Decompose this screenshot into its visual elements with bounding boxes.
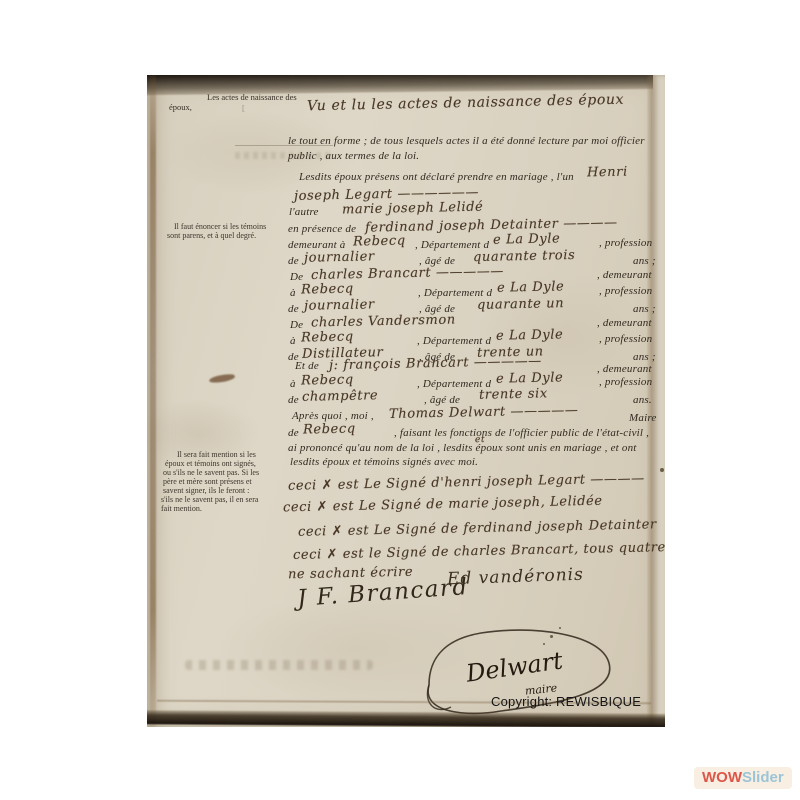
margin-note2-line: père et mère sont présens et: [163, 477, 252, 486]
hw-profession: journalier: [304, 249, 375, 265]
print-line: public , aux termes de la loi.: [288, 150, 419, 162]
print-line: De: [290, 319, 303, 331]
hw-mark-witness1: ceci ✗ est Le Signé de ferdinand joseph …: [298, 517, 657, 540]
watermark-wow: WOW: [702, 769, 742, 786]
hw-mark-groom: ceci ✗ est Le Signé d'henri joseph Legar…: [288, 471, 645, 493]
print-line: ans ;: [633, 303, 656, 315]
hw-departement: e La Dyle: [496, 370, 564, 386]
print-line: De: [290, 271, 303, 283]
print-line: Après quoi , moi ,: [292, 410, 374, 422]
print-line: à: [290, 335, 296, 347]
hw-groom-first: Henri: [587, 165, 628, 181]
print-line: à: [290, 378, 296, 390]
print-line: de: [288, 427, 299, 439]
print-line: , profession: [599, 237, 652, 249]
hw-place: Rebecq: [353, 233, 406, 249]
print-line: ai prononcé qu'au nom de la loi , lesdit…: [288, 442, 637, 454]
margin-note2-line: Il sera fait mention si les: [177, 450, 256, 459]
print-line: , profession: [599, 285, 652, 297]
print-line: de: [288, 394, 299, 406]
margin-note2-line: s'ils ne le savent pas, il en sera: [161, 495, 258, 504]
hw-profession: champêtre: [302, 388, 379, 405]
margin-note1-line: sont parens, et à quel degré.: [167, 231, 256, 240]
hw-mayor-name: Thomas Delwart —————: [389, 403, 579, 422]
print-line: ans ;: [633, 351, 656, 363]
print-line: , profession: [599, 376, 652, 388]
hw-witness2-name: charles Brancart —————: [311, 264, 504, 283]
hw-place: Rebecq: [301, 372, 354, 388]
print-line: en présence de: [288, 223, 356, 235]
hw-departement: e La Dyle: [496, 327, 564, 343]
hw-departement: e La Dyle: [497, 279, 565, 295]
hw-place: Rebecq: [303, 421, 356, 437]
wowslider-watermark[interactable]: WOWSlider: [694, 767, 792, 789]
hw-mark-witness2: ceci ✗ est le Signé de charles Brancart,…: [293, 540, 665, 563]
print-line: Maire: [629, 412, 656, 424]
hw-witness3-name: charles Vandersmon: [311, 312, 456, 330]
hw-age: quarante trois: [473, 248, 576, 265]
hw-age: quarante un: [477, 296, 564, 313]
margin-label-line1: Les actes de naissance des: [207, 92, 297, 102]
print-line: Lesdits époux présens ont déclaré prendr…: [299, 171, 574, 183]
margin-note2-line: ou s'ils ne le savent pas. Si les: [163, 468, 259, 477]
print-line: , demeurant: [597, 269, 652, 281]
print-line: à: [290, 287, 296, 299]
hw-place: Rebecq: [301, 281, 354, 297]
slider-stage: Les actes de naissance desépoux,[Vu et l…: [0, 0, 800, 800]
hw-age: trente six: [479, 386, 548, 402]
print-line: , âgé de: [424, 394, 460, 406]
seal-flourish-tail: [427, 685, 451, 710]
print-line: ans ;: [633, 255, 656, 267]
signature-vanderonis: Ed vandéronis: [447, 565, 584, 590]
hw-mark-bride: ceci ✗ est Le Signé de marie joseph, Lel…: [283, 494, 603, 516]
print-line: l'autre: [289, 206, 319, 218]
scan-dark-edge-bottom: [147, 710, 665, 727]
margin-note2-line: fait mention.: [161, 504, 202, 513]
hw-insert-et: et: [475, 435, 485, 445]
watermark-slider: Slider: [742, 769, 784, 786]
hw-departement: e La Dyle: [493, 231, 561, 247]
hw-vu-les-actes: Vu et lu les actes de naissance des épou…: [307, 92, 624, 115]
print-line: , profession: [599, 333, 652, 345]
copyright-text: Copyright: REWISBIQUE: [491, 694, 641, 709]
print-line: , demeurant: [597, 363, 652, 375]
print-line: lesdits époux et témoins signés avec moi…: [290, 456, 478, 468]
print-line: de: [288, 255, 299, 267]
print-line: de: [288, 303, 299, 315]
margin-label-line2: époux,: [169, 102, 192, 112]
margin-note2-line: époux et témoins ont signés,: [165, 459, 256, 468]
print-line: le tout en forme ; de tous lesquels acte…: [288, 135, 645, 147]
hw-profession: journalier: [304, 297, 375, 313]
margin-note2-line: savent signer, ils le feront :: [163, 486, 249, 495]
print-line: ans.: [633, 394, 652, 406]
margin-note1-line: Il faut énoncer si les témoins: [174, 222, 266, 231]
print-line: Et de: [295, 360, 319, 372]
hw-bride-name: marie joseph Lelidé: [342, 200, 484, 218]
hw-place: Rebecq: [301, 329, 354, 345]
scanned-document: Les actes de naissance desépoux,[Vu et l…: [147, 75, 665, 727]
margin-label-bracket: [: [242, 103, 245, 113]
print-line: , demeurant: [597, 317, 652, 329]
print-line: , faisant les fonctions de l'officier pu…: [394, 427, 649, 439]
hw-witness4-name: j: françois Brancart —————: [329, 354, 542, 373]
